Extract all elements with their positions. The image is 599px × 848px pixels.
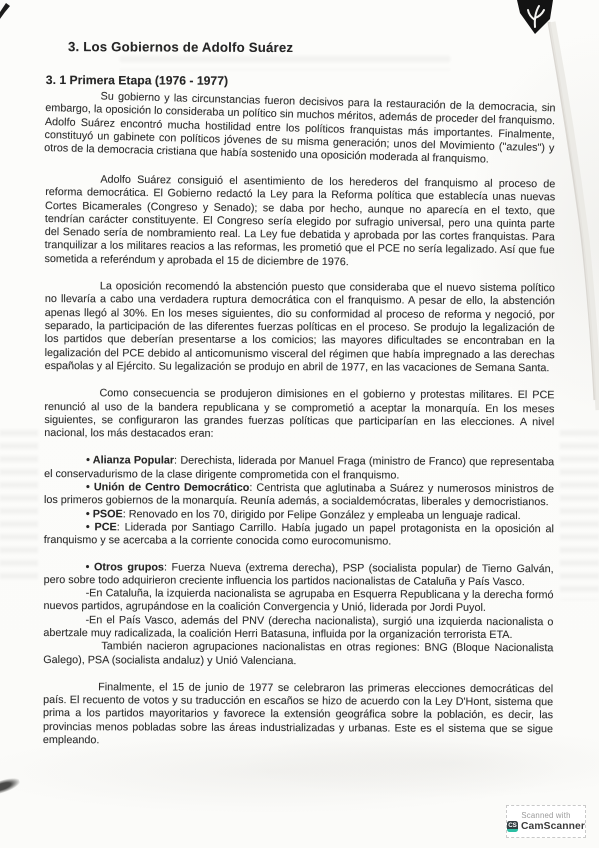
- subparagraph-cataluna: -En Cataluña, la izquierda nacionalista …: [43, 587, 553, 616]
- bullet-alianza-popular: • Alianza Popular: Derechista, liderada …: [44, 454, 554, 483]
- bullet-text: : Liderada por Santiago Carrillo. Había …: [44, 521, 554, 547]
- paragraph-consecuencia: Como consecuencia se produjeron dimision…: [44, 387, 554, 442]
- bullet-text: : Renovado en los 70, dirigido por Felip…: [123, 508, 521, 522]
- scanned-document-page: 3. Los Gobiernos de Adolfo Suárez 3. 1 P…: [0, 0, 599, 848]
- camscanner-badge: Scanned with CS CamScanner: [506, 805, 586, 838]
- bullet-label: • PSOE: [86, 508, 123, 520]
- bleed-through-smudge: [0, 430, 38, 580]
- bullet-label: • Unión de Centro Democrático: [86, 481, 249, 494]
- bleed-through-smudge: [560, 430, 599, 600]
- bullet-otros-grupos: • Otros grupos: Fuerza Nueva (extrema de…: [44, 560, 554, 589]
- paragraph-elecciones: Finalmente, el 15 de junio de 1977 se ce…: [43, 681, 553, 750]
- page-fold-line: [549, 22, 595, 400]
- bullet-pce: • PCE: Liderada por Santiago Carrillo. H…: [44, 521, 554, 550]
- bullet-label: • Otros grupos: [86, 561, 164, 573]
- camscanner-logo-icon: CS: [507, 821, 518, 832]
- page-fold-shadow: [552, 22, 599, 410]
- leaf-doodle-icon: [528, 6, 544, 27]
- camscanner-brand-name: CamScanner: [521, 821, 585, 832]
- bottom-left-smudge: [0, 775, 21, 794]
- page-title: 3. Los Gobiernos de Adolfo Suárez: [68, 40, 556, 55]
- subparagraph-otras-regiones: También nacieron agrupaciones nacionalis…: [43, 640, 553, 669]
- folded-corner-icon: [517, 0, 553, 34]
- top-left-corner-mark: [0, 3, 10, 22]
- paragraph-oposicion: La oposición recomendó la abstención pue…: [45, 280, 555, 375]
- bullet-ucd: • Unión de Centro Democrático: Centrista…: [44, 481, 554, 510]
- bullet-label: • PCE: [86, 521, 117, 533]
- camscanner-brand-row: CS CamScanner: [507, 821, 585, 832]
- document-body: 3. Los Gobiernos de Adolfo Suárez 3. 1 P…: [43, 40, 556, 750]
- bullet-label: • Alianza Popular: [86, 455, 174, 467]
- paragraph-reforma: Adolfo Suárez consiguió el asentimiento …: [44, 173, 555, 271]
- paragraph-intro: Su gobierno y las circunstancias fueron …: [44, 89, 556, 169]
- section-subtitle: 3. 1 Primera Etapa (1976 - 1977): [46, 74, 556, 90]
- scanned-with-label: Scanned with: [521, 811, 570, 820]
- subparagraph-pais-vasco: -En el País Vasco, además del PNV (derec…: [43, 614, 553, 643]
